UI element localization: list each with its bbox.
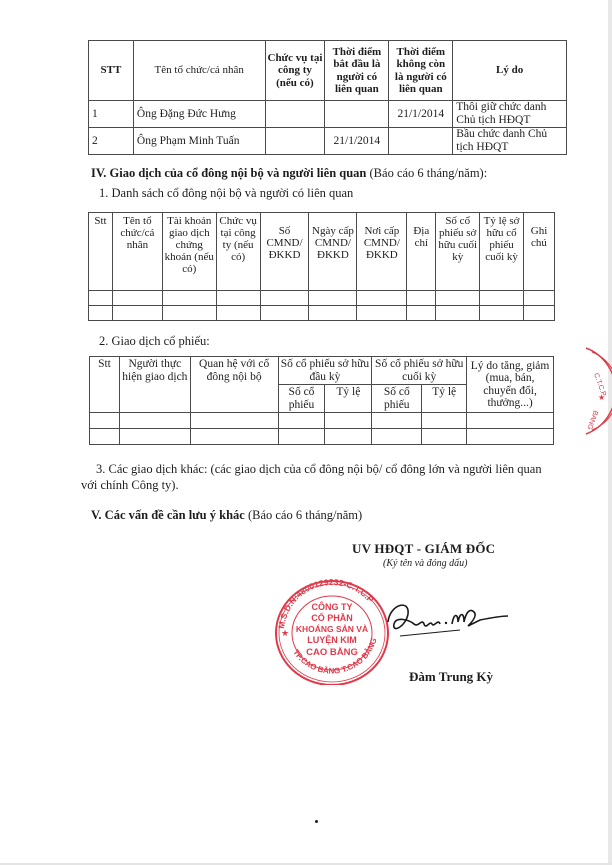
header-address: Địa chỉ (407, 213, 436, 291)
section-5-title: V. Các vấn đề cần lưu ý khác (Báo cáo 6 … (91, 508, 362, 523)
subsection-3-text: 3. Các giao dịch khác: (các giao dịch củ… (81, 461, 561, 493)
svg-text:LUYỆN KIM: LUYỆN KIM (307, 634, 357, 645)
header-stt: Stt (89, 213, 113, 291)
header-notes: Ghi chú (524, 213, 555, 291)
svg-text:CAO BẰNG: CAO BẰNG (306, 647, 358, 658)
subsection-1-title: 1. Danh sách cổ đông nội bộ và người có … (99, 186, 353, 201)
signer-name: Đàm Trung Kỳ (409, 669, 493, 685)
subsection-2-title: 2. Giao dịch cổ phiếu: (99, 334, 210, 349)
cell-reason: Thôi giữ chức danh Chủ tịch HĐQT (453, 101, 567, 128)
scan-speck (315, 820, 318, 823)
signer-title: UV HĐQT - GIÁM ĐỐC (352, 541, 495, 557)
table-row (90, 429, 554, 445)
cell-position (265, 101, 325, 128)
header-end-time: Thời điểm không còn là người có liên qua… (389, 41, 453, 101)
header-position: Chức vụ tại công ty (nếu có) (265, 41, 325, 101)
svg-text:KHOÁNG SẢN VÀ: KHOÁNG SẢN VÀ (296, 623, 368, 634)
cell-start-time (325, 101, 389, 128)
table-row: 1 Ông Đặng Đức Hưng 21/1/2014 Thôi giữ c… (89, 101, 567, 128)
table-header-row: Stt Người thực hiện giao dịch Quan hệ vớ… (90, 357, 554, 385)
section-4-title-note: (Báo cáo 6 tháng/năm): (366, 166, 487, 180)
header-trading-account: Tài khoản giao dịch chứng khoán (nếu có) (162, 213, 216, 291)
table-row: 2 Ông Phạm Minh Tuấn 21/1/2014 Bầu chức … (89, 128, 567, 155)
section-5-title-bold: V. Các vấn đề cần lưu ý khác (91, 508, 245, 522)
header-begin-shares: Số cổ phiếu (278, 385, 325, 413)
header-reason: Lý do tăng, giảm (mua, bán, chuyển đổi, … (467, 357, 554, 413)
header-start-time: Thời điểm bắt đầu là người có liên quan (325, 41, 389, 101)
share-transactions-table: Stt Người thực hiện giao dịch Quan hệ vớ… (89, 356, 554, 445)
header-issue-place: Nơi cấp CMND/ ĐKKD (357, 213, 407, 291)
cell-stt: 2 (89, 128, 134, 155)
table-header-row: STT Tên tổ chức/cá nhân Chức vụ tại công… (89, 41, 567, 101)
header-stt: STT (89, 41, 134, 101)
header-ratio-end: Tỷ lệ sở hữu cổ phiếu cuối kỳ (480, 213, 524, 291)
svg-text:CÔNG TY: CÔNG TY (311, 601, 352, 612)
cell-name: Ông Đặng Đức Hưng (133, 101, 265, 128)
cell-end-time (389, 128, 453, 155)
cell-reason: Bầu chức danh Chủ tịch HĐQT (453, 128, 567, 155)
header-begin-ratio: Tỷ lệ (325, 385, 372, 413)
table-row (90, 413, 554, 429)
header-reason: Lý do (453, 41, 567, 101)
cell-end-time: 21/1/2014 (389, 101, 453, 128)
page-seal-fragment-icon: C.T.C.P ★ BANG (572, 344, 612, 438)
header-end-ratio: Tỷ lệ (422, 385, 467, 413)
header-position: Chức vụ tại công ty (nếu có) (216, 213, 260, 291)
header-end-group: Số cổ phiếu sở hữu cuối kỳ (372, 357, 467, 385)
header-id-number: Số CMND/ ĐKKD (260, 213, 309, 291)
table-row (89, 291, 555, 306)
header-stt: Stt (90, 357, 120, 413)
section-4-title: IV. Giao dịch của cổ đông nội bộ và ngườ… (91, 166, 487, 181)
header-name: Tên tổ chức/cá nhân (133, 41, 265, 101)
header-end-shares: Số cổ phiếu (372, 385, 422, 413)
insiders-list-table: Stt Tên tổ chức/cá nhân Tài khoản giao d… (88, 212, 555, 321)
svg-text:★: ★ (281, 628, 289, 638)
cell-stt: 1 (89, 101, 134, 128)
svg-text:BANG: BANG (585, 409, 598, 430)
header-issue-date: Ngày cấp CMND/ ĐKKD (309, 213, 357, 291)
section-5-title-note: (Báo cáo 6 tháng/năm) (245, 508, 362, 522)
header-person: Người thực hiện giao dịch (119, 357, 190, 413)
table-row (89, 306, 555, 321)
signature-note: (Ký tên và đóng dấu) (383, 558, 467, 569)
svg-text:CỔ PHẦN: CỔ PHẦN (311, 612, 353, 623)
section-4-title-bold: IV. Giao dịch của cổ đông nội bộ và ngườ… (91, 166, 366, 180)
related-persons-change-table: STT Tên tổ chức/cá nhân Chức vụ tại công… (88, 40, 567, 155)
svg-text:★: ★ (598, 393, 605, 402)
signature-icon (380, 594, 510, 644)
cell-name: Ông Phạm Minh Tuấn (133, 128, 265, 155)
table-header-row: Stt Tên tổ chức/cá nhân Tài khoản giao d… (89, 213, 555, 291)
header-relation: Quan hệ với cổ đông nội bộ (190, 357, 278, 413)
cell-start-time: 21/1/2014 (325, 128, 389, 155)
cell-position (265, 128, 325, 155)
header-begin-group: Số cổ phiếu sở hữu đầu kỳ (278, 357, 372, 385)
header-shares-end: Số cổ phiếu sở hữu cuối kỳ (436, 213, 480, 291)
header-name: Tên tổ chức/cá nhân (112, 213, 162, 291)
